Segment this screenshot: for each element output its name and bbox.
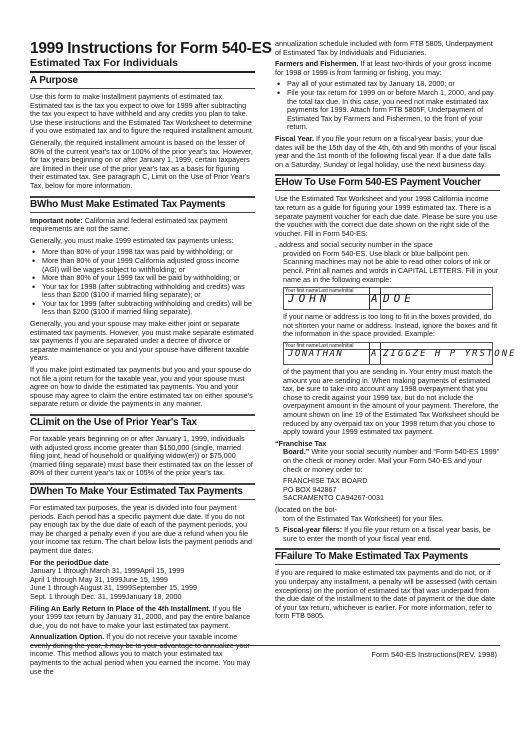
name-example-box-1: Your first nameLast nameInitial JOHN A D… [283,287,493,310]
list-item: Your tax for 1998 (after subtracting wit… [42,283,255,300]
section-c-heading: CLimit on the Use of Prior Year's Tax [30,414,255,431]
section-f-p1: If you are required to make estimated ta… [275,569,500,621]
example-first-name: JONATHAN [288,350,343,359]
section-e-heading: EHow To Use Form 540-ES Payment Voucher [275,174,500,191]
section-d-p1: For estimated tax purposes, the year is … [30,504,255,556]
due-date-table: For the periodDue date January 1 through… [30,559,255,602]
amount-text: of the payment that you are sending in. … [275,368,500,437]
long-name-text: If your name or address is too long to f… [275,313,500,339]
section-c-p1: For taxable years beginning on or after … [30,435,255,478]
left-column: A Purpose Use this form to make installm… [30,72,255,679]
farmers-list: Pay all of your estimated tax by January… [275,80,500,132]
footer-rule [30,645,500,646]
list-item: Your tax for 1999 (after subtracting wit… [42,300,255,317]
example-initial: A [371,295,382,304]
example-first-name: JOHN [288,295,331,304]
right-column: annualization schedule included with for… [275,40,500,624]
section-a-p2: Generally, the required installment amou… [30,139,255,191]
list-item: File your tax return for 1999 on or befo… [287,89,500,132]
section-b-p2: Generally, you and your spouse may make … [30,320,255,363]
example-initial: A [371,350,380,359]
footer-text: Form 540-ES Instructions(REV. 1998) [0,650,497,659]
section-f-heading: FFailure To Make Estimated Tax Payments [275,548,500,565]
fiscal-year-para: Fiscal Year. If you file your return on … [275,135,500,169]
ftb-para: “Franchise Tax Board.” Write your social… [275,440,500,474]
section-b-p3: If you make joint estimated tax payments… [30,366,255,409]
located-text-cont: tom of the Estimated Tax Worksheet) for … [275,515,500,524]
section-b-heading: BWho Must Make Estimated Tax Payments [30,196,255,213]
example-last-name: ZIGGZE H P YRSTONE [383,350,517,359]
section-d-heading: DWhen To Make Your Estimated Tax Payment… [30,483,255,500]
early-return-para: Filing An Early Return In Place of the 4… [30,605,255,631]
item5: 5. Fiscal-year filers: If you file your … [275,526,500,543]
mailing-address: FRANCHISE TAX BOARD PO BOX 942867 SACRAM… [275,477,500,503]
table-row: Sept. 1 through Dec. 31, 1999January 18,… [30,593,255,602]
section-b-intro: Generally, you must make 1999 estimated … [30,237,255,246]
item1-text: provided on Form 540-ES. Use black or bl… [275,250,500,284]
document-page: 1999 Instructions for Form 540-ES Estima… [30,40,500,73]
section-a-heading: A Purpose [30,74,255,89]
section-e-p1: Use the Estimated Tax Worksheet and your… [275,195,500,238]
section-b-note: Important note: California and federal e… [30,217,255,234]
section-a-p1: Use this form to make installment paymen… [30,93,255,136]
annualization-cont: annualization schedule included with for… [275,40,500,57]
exemption-list: More than 80% of your 1998 tax was paid … [30,248,255,317]
name-example-box-2: Your first nameLast nameInitial JONATHAN… [283,342,493,365]
example-last-name: DOE [383,295,415,304]
farmers-para: Farmers and Fishermen. If at least two-t… [275,60,500,77]
list-item: More than 80% of your 1999 California ad… [42,257,255,274]
